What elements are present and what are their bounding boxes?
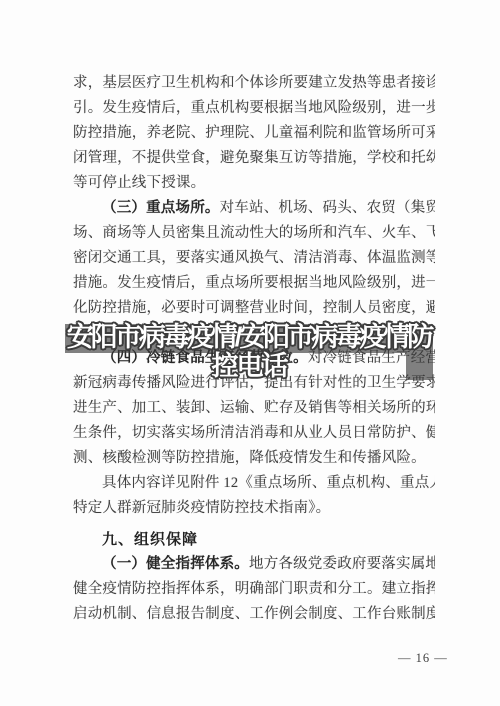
document-page: 求，基层医疗卫生机构和个体诊所要建立发热等患者接诊指 引。发生疫情后，重点机构要…	[0, 0, 500, 706]
text-line: 密闭交通工具，要落实通风换气、清洁消毒、体温监测等防控	[73, 246, 435, 271]
text-line: 具体内容详见附件 12《重点场所、重点机构、重点人群和	[73, 471, 435, 496]
text-line: 场、商场等人员密集且流动性大的场所和汽车、火车、飞机等	[73, 221, 435, 246]
text-line: 进生产、加工、装卸、运输、贮存及销售等相关场所的环境卫	[73, 396, 435, 421]
text-line: 等可停止线下授课。	[73, 171, 435, 196]
text-line: （三）重点场所。对车站、机场、码头、农贸（集贸）市	[73, 196, 435, 221]
text-line: 防控措施，养老院、护理院、儿童福利院和监管场所可采取封	[73, 121, 435, 146]
text-line: 生条件，切实落实场所清洁消毒和从业人员日常防护、健康监	[73, 421, 435, 446]
section-heading: 九、组织保障	[73, 527, 435, 552]
text-line: 闭管理，不提供堂食，避免聚集互访等措施，学校和托幼机构	[73, 146, 435, 171]
text-line: 测、核酸检测等防控措施，降低疫情发生和传播风险。	[73, 446, 435, 471]
paragraph-lead: （一）健全指挥体系。	[102, 556, 249, 572]
text-line: 措施。发生疫情后，重点场所要根据当地风险级别，进一步强	[73, 271, 435, 296]
title-overlay: 安阳市病毒疫情/安阳市病毒疫情防 控电话	[60, 321, 438, 380]
text-line: 化防控措施，必要时可调整营业时间，控制人员密度，避免聚	[73, 296, 435, 321]
paragraph-lead: （三）重点场所。	[102, 200, 220, 216]
title-line-1: 安阳市病毒疫情/安阳市病毒疫情防	[60, 321, 438, 353]
text-line: 特定人群新冠肺炎疫情防控技术指南》。	[73, 496, 435, 521]
title-line-2: 控电话	[60, 353, 438, 380]
text-line: 健全疫情防控指挥体系，明确部门职责和分工。建立指挥系统	[73, 577, 435, 602]
text-line: 启动机制、信息报告制度、工作例会制度、工作台账制度、对	[73, 602, 435, 627]
text-line: 求，基层医疗卫生机构和个体诊所要建立发热等患者接诊指	[73, 71, 435, 96]
page-number: — 16 —	[398, 651, 448, 666]
text-line: （一）健全指挥体系。地方各级党委政府要落实属地责任，	[73, 552, 435, 577]
text-line: 引。发生疫情后，重点机构要根据当地风险级别，进一步强化	[73, 96, 435, 121]
